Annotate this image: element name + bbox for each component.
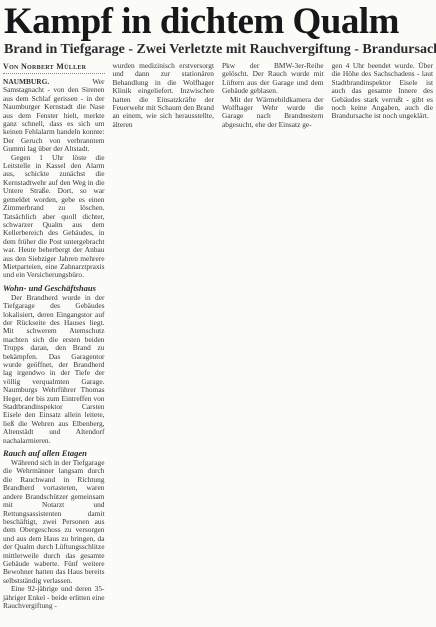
paragraph: wurden medizinisch erstversorgt und dann… [113,62,215,129]
article-body: Von Norbert Müller NAUMBURG. Wer Samstag… [3,62,433,610]
paragraph: Pkw der BMW-3er-Reihe gelöscht. Der Rauc… [222,62,324,96]
column-1: Von Norbert Müller NAUMBURG. Wer Samstag… [3,62,105,610]
column-2: wurden medizinisch erstversorgt und dann… [113,62,215,610]
column-3: Pkw der BMW-3er-Reihe gelöscht. Der Rauc… [222,62,324,610]
paragraph: Während sich in der Tiefgarage die Wehrm… [3,459,105,585]
byline: Von Norbert Müller [3,62,105,74]
column-4: gen 4 Uhr beendet wurde. Über die Höhe d… [332,62,434,610]
paragraph: Der Brandherd wurde in der Tiefgarage de… [3,294,105,445]
paragraph: Gegen 1 Uhr löste die Leitstelle in Kass… [3,154,105,280]
crosshead-rauch-auf-allen-etagen: Rauch auf allen Etagen [3,448,105,458]
paragraph: NAUMBURG. Wer Samstagnacht - von den Sir… [3,78,105,154]
paragraph: Mit der Wärmebildkamera der Wolfhager We… [222,96,324,130]
paragraph-text: Wer Samstagnacht - von den Sirenen aus d… [3,77,105,153]
article-subheadline: Brand in Tiefgarage - Zwei Verletzte mit… [4,42,433,58]
paragraph: Eine 92-jährige und deren 35-jähriger En… [3,585,105,610]
crosshead-wohn-und-geschaeftshaus: Wohn- und Geschäftshaus [3,283,105,293]
article-headline: Kampf in dichtem Qualm [3,2,433,41]
paragraph: gen 4 Uhr beendet wurde. Über die Höhe d… [332,62,434,121]
newspaper-clipping: Kampf in dichtem Qualm Brand in Tiefgara… [0,0,436,627]
